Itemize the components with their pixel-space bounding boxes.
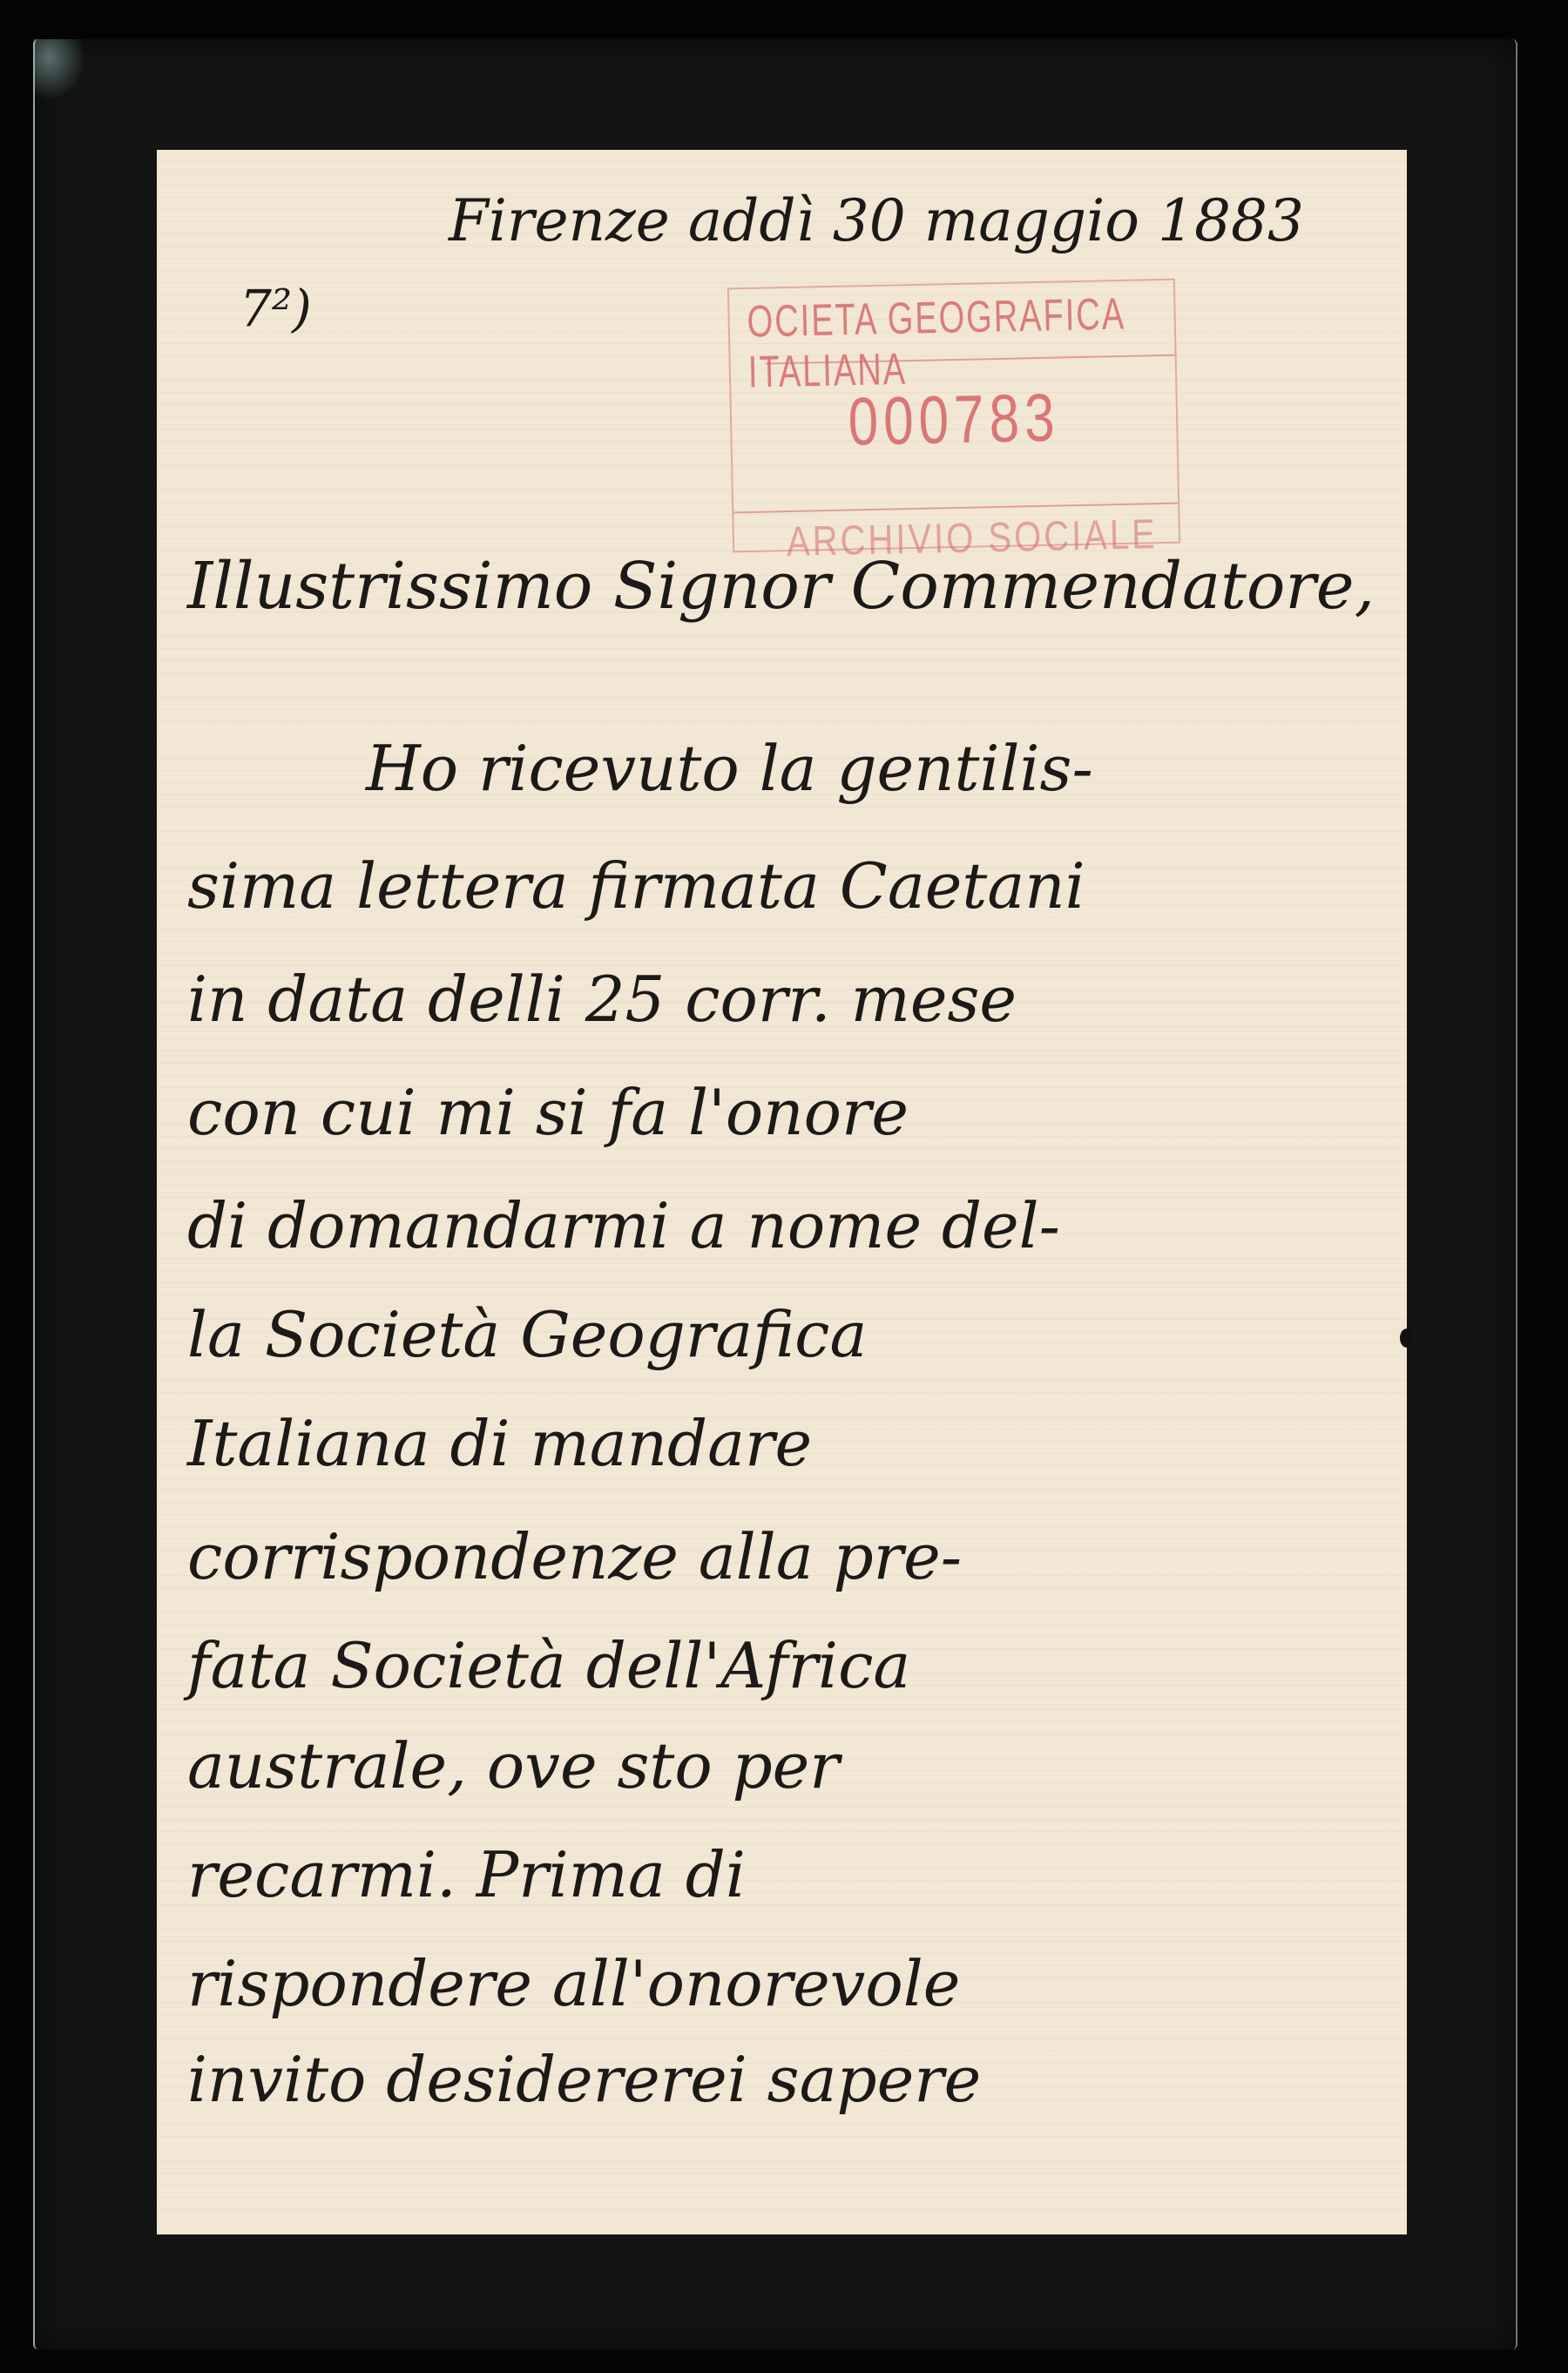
body-line: australe, ove sto per (187, 1729, 840, 1802)
body-line: Ho ricevuto la gentilis- (366, 732, 1093, 805)
body-line: in data delli 25 corr. mese (187, 963, 1017, 1036)
body-line: recarmi. Prima di (187, 1838, 746, 1911)
salutation: Illustrissimo Signor Commendatore, (187, 549, 1375, 624)
body-line: invito desidererei sapere (187, 2043, 981, 2116)
mount-corner-glare (33, 39, 85, 100)
body-line: Italiana di mandare (187, 1407, 812, 1480)
archive-mark: 7²) (240, 279, 312, 338)
stamp-number: 000783 (731, 377, 1177, 463)
body-line: fata Società dell'Africa (187, 1629, 910, 1702)
archive-stamp: OCIETA GEOGRAFICA ITALIANA 000783 ARCHIV… (727, 279, 1180, 553)
body-line: rispondere all'onorevole (187, 1947, 960, 2020)
body-line: con cui mi si fa l'onore (187, 1076, 909, 1149)
body-line: sima lettera firmata Caetani (187, 849, 1085, 923)
body-line: la Società Geografica (187, 1298, 867, 1371)
body-line: di domandarmi a nome del- (187, 1189, 1060, 1262)
ink-blot (1400, 1328, 1414, 1348)
dateline: Firenze addì 30 maggio 1883 (449, 187, 1304, 254)
body-line: corrispondenze alla pre- (187, 1520, 962, 1593)
